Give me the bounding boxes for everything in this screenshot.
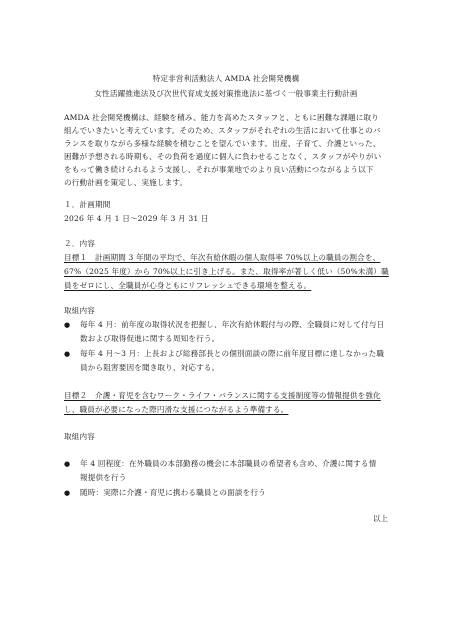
closing-text: 以上 — [373, 514, 388, 524]
actions-label: 取組内容 — [64, 306, 95, 316]
action-line: 毎年 4 月～3 月：上長および総務部長との個別面談の際に前年度目標に達しなかっ… — [80, 349, 384, 359]
intro-line: をもって働き続けられるよう支援し、それが事業地でのより良い活動につながるよう以下 — [64, 165, 374, 175]
goal-line: 目標２ 介護・育児を含むワーク・ライフ・バランスに関する支援制度等の情報提供を強… — [64, 391, 381, 401]
section-heading-content: ２．内容 — [64, 239, 95, 249]
action-line: 年 4 回程度：在外職員の本部勤務の機会に本部職員の希望者も含め、介護に関する情 — [80, 459, 376, 469]
goal-line: 員をゼロにし、全職員が心身ともにリフレッシュできる環境を整える。 — [64, 281, 311, 291]
org-name: 特定非営利活動法人 AMDA 社会開発機構 — [0, 74, 452, 84]
goal-line: 67%（2025 年度）から 70%以上に引き上げる。また、取得率が著しく低い（… — [64, 267, 389, 277]
goal-line: 目標１ 計画期間 3 年間の平均で、年次有給休暇の個人取得率 70%以上の職員の… — [64, 253, 380, 263]
intro-line: 困難が予想される時期も、その負荷を過度に個人に負わせることなく、スタッフがやりが… — [64, 152, 381, 162]
action-line: 員から阻害要因を聞き取り、対応する。 — [80, 363, 219, 373]
action-line: 随時：実際に介護・育児に携わる職員との面談を行う — [80, 488, 266, 498]
intro-line: ランスを取りながら多様な経験を積むことを望んでいます。出産、子育て、介護といった… — [64, 139, 381, 149]
bullet-icon: ● — [64, 459, 70, 469]
bullet-icon: ● — [64, 349, 70, 359]
intro-line: AMDA 社会開発機構は、経験を積み、能力を高めたスタッフと、ともに困難な課題に… — [64, 113, 379, 123]
section-heading-period: １．計画期間 — [64, 200, 110, 210]
bullet-icon: ● — [64, 488, 70, 498]
action-line: 毎年 4 月：前年度の取得状況を把握し、年次有給休暇付与の際、全職員に対して付与… — [80, 320, 384, 330]
plan-period: 2026 年 4 月 1 日～2029 年 3 月 31 日 — [64, 214, 209, 224]
document-title: 女性活躍推進法及び次世代育成支援対策推進法に基づく一般事業主行動計画 — [0, 89, 452, 99]
goal-line: し、職員が必要になった際円滑な支援につながるよう準備する。 — [64, 405, 288, 415]
intro-line: 組んでいきたいと考えています。そのため、スタッフがそれぞれの生活において仕事との… — [64, 126, 381, 136]
document-page: 特定非営利活動法人 AMDA 社会開発機構 女性活躍推進法及び次世代育成支援対策… — [0, 0, 452, 640]
action-line: 数および取得促進に関する周知を行う。 — [80, 334, 219, 344]
intro-line: の行動計画を策定し、実施します。 — [64, 178, 187, 188]
actions-label: 取組内容 — [64, 432, 95, 442]
bullet-icon: ● — [64, 320, 70, 330]
action-line: 報提供を行う — [80, 473, 126, 483]
